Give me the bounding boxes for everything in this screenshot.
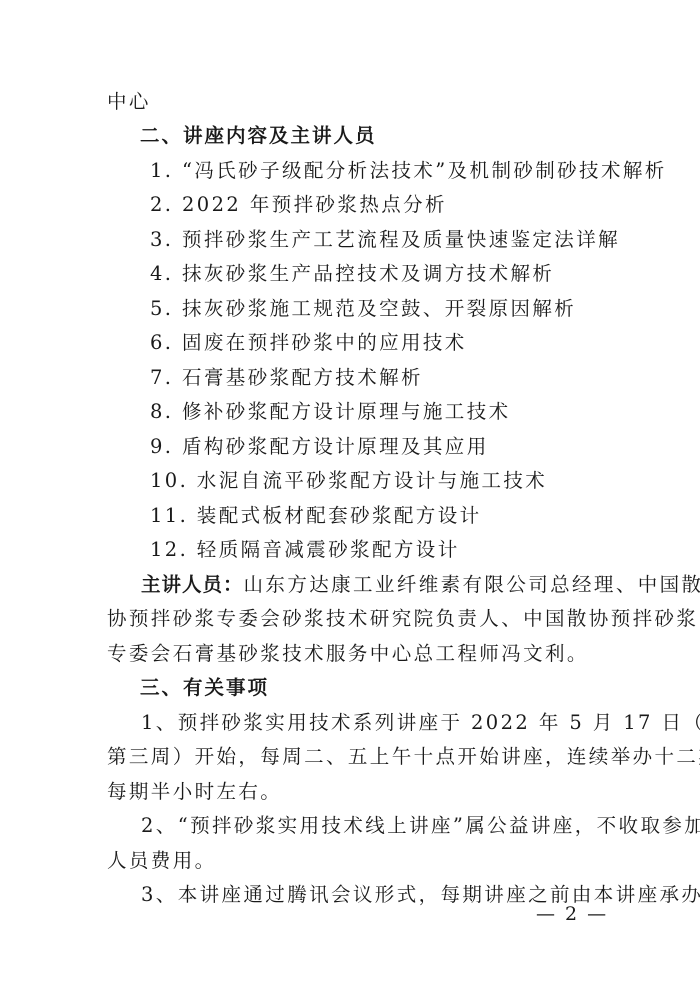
list-item: 1. “冯氏砂子级配分析法技术”及机制砂制砂技术解析 — [150, 159, 667, 183]
list-item: 7. 石膏基砂浆配方技术解析 — [150, 366, 423, 390]
list-item: 4. 抹灰砂浆生产品控技术及调方技术解析 — [150, 262, 554, 286]
paragraph-2: 2、“预拌砂浆实用技术线上讲座”属公益讲座，不收取参加 — [141, 814, 700, 838]
list-item: 8. 修补砂浆配方设计原理与施工技术 — [150, 400, 511, 424]
list-item: 9. 盾构砂浆配方设计原理及其应用 — [150, 435, 489, 459]
paragraph-3: 3、本讲座通过腾讯会议形式，每期讲座之前由本讲座承办 — [141, 883, 700, 907]
list-item: 12. 轻质隔音减震砂浆配方设计 — [150, 538, 460, 562]
list-item: 10. 水泥自流平砂浆配方设计与施工技术 — [150, 469, 547, 493]
paragraph-1: 1、预拌砂浆实用技术系列讲座于 2022 年 5 月 17 日（5 月 — [141, 711, 700, 735]
list-item: 6. 固废在预拌砂浆中的应用技术 — [150, 331, 467, 355]
list-item: 3. 预拌砂浆生产工艺流程及质量快速鉴定法详解 — [150, 228, 620, 252]
section-heading-2: 二、讲座内容及主讲人员 — [140, 124, 377, 148]
speaker-label: 主讲人员： — [141, 573, 244, 596]
continued-text: 中心 — [107, 90, 151, 114]
speaker-text: 山东方达康工业纤维素有限公司总经理、中国散 — [244, 573, 700, 596]
page-number: — 2 — — [536, 903, 608, 925]
list-item: 2. 2022 年预拌砂浆热点分析 — [150, 193, 447, 217]
list-item: 5. 抹灰砂浆施工规范及空鼓、开裂原因解析 — [150, 297, 576, 321]
paragraph-2: 人员费用。 — [107, 849, 217, 873]
speaker-text: 专委会石膏基砂浆技术服务中心总工程师冯文利。 — [107, 642, 589, 666]
paragraph-1: 第三周）开始，每周二、五上午十点开始讲座，连续举办十二期， — [107, 745, 700, 769]
speaker-text: 协预拌砂浆专委会砂浆技术研究院负责人、中国散协预拌砂浆 — [107, 607, 698, 631]
list-item: 11. 装配式板材配套砂浆配方设计 — [150, 504, 482, 528]
speaker-paragraph: 主讲人员：山东方达康工业纤维素有限公司总经理、中国散 — [141, 573, 700, 597]
paragraph-1: 每期半小时左右。 — [107, 780, 282, 804]
section-heading-3: 三、有关事项 — [140, 676, 269, 700]
